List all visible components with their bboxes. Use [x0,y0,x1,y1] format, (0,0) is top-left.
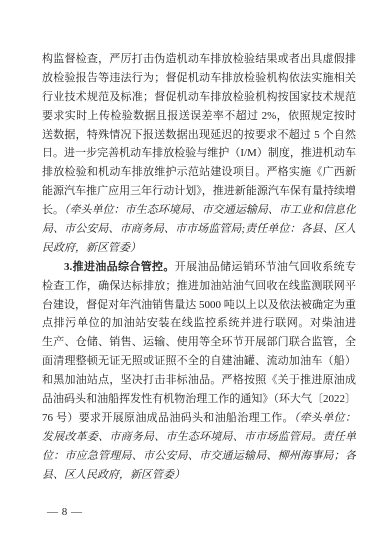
body-text: 点排污单位的加油站安装在线监控系统并进行联网。对柴油进口、 [42,317,356,333]
text-line: 和黑加油站点，坚决打击非标油品。严格按照《关于推进原油成 [42,371,356,390]
kai-annotation-text: 县、区人民政府，新区管委） [42,469,185,481]
body-text: 日。进一步完善机动车排放检验与维护（I/M）制度，推进机动车 [42,147,356,159]
bold-heading-text: 3.推进油品综合管控。 [64,261,175,273]
text-line: 能源汽车推广应用三年行动计划》，推进新能源汽车保有量持续增 [42,182,356,201]
kai-annotation-text: （牵头单位：市生态环境局、市交通运输局、市工业和信息化 [64,204,356,216]
text-line: 送数据，特殊情况下报送数据出现延迟的按要求不超过 5 个自然 [42,126,356,145]
text-line: 行业技术规范及标准；督促机动车排放检验机构按国家技术规范 [42,88,356,107]
body-text: 面清理整顿无证无照或证照不全的自建油罐、流动加油车（船） [42,355,356,367]
text-line: 要求实时上传检验数据且报送误差率不超过 2%，依照规定按时报 [42,107,356,126]
text-line: 县、区人民政府，新区管委） [42,466,356,485]
text-line: 构监督检查，严厉打击伪造机动车排放检验结果或者出具虚假排 [42,50,356,69]
text-line: 76 号）要求开展原油成品油码头和油船治理工作。（牵头单位：市 [42,409,356,428]
body-text: 构监督检查，严厉打击伪造机动车排放检验结果或者出具虚假排 [42,53,356,65]
body-text: 台建设，督促对年汽油销售量达 5000 吨以上以及依法被确定为重 [42,299,356,311]
kai-annotation-text: 民政府，新区管委） [42,242,141,254]
body-text: 长。 [42,204,64,216]
body-text: 检查工作，确保达标排放；推进加油站油气回收在线监测联网平 [42,280,356,292]
kai-annotation-text: 位：市应急管理局、市公安局、市交通运输局、柳州海事局；各 [42,450,356,462]
text-line: 面清理整顿无证无照或证照不全的自建油罐、流动加油车（船） [42,352,356,371]
document-page: 构监督检查，严厉打击伪造机动车排放检验结果或者出具虚假排放检验报告等违法行为；督… [0,0,390,551]
text-line: 排放检验和机动车排放维护示范站建设项目。严格实施《广西新 [42,163,356,182]
text-line: 局、市公安局、市商务局、市市场监管局;责任单位：各县、区人 [42,220,356,239]
text-line: 民政府，新区管委） [42,239,356,258]
body-text: 能源汽车推广应用三年行动计划》，推进新能源汽车保有量持续增 [42,185,356,197]
body-text: 品油码头和油船挥发性有机物治理工作的通知》（环大气〔2022〕 [42,393,356,405]
body-text: 要求实时上传检验数据且报送误差率不超过 2%，依照规定按时报 [42,110,356,126]
text-line: 生产、仓储、销售、运输、使用等全环节开展部门联合监管，全 [42,333,356,352]
text-line: 日。进一步完善机动车排放检验与维护（I/M）制度，推进机动车 [42,144,356,163]
body-text: 排放检验和机动车排放维护示范站建设项目。严格实施《广西新 [42,166,356,178]
page-number: — 8 — [47,506,83,518]
body-text: 和黑加油站点，坚决打击非标油品。严格按照《关于推进原油成 [42,374,356,386]
body-text: 送数据，特殊情况下报送数据出现延迟的按要求不超过 5 个自然 [42,129,356,141]
text-line: 长。（牵头单位：市生态环境局、市交通运输局、市工业和信息化 [42,201,356,220]
text-line: 品油码头和油船挥发性有机物治理工作的通知》（环大气〔2022〕 [42,390,356,409]
body-text: 生产、仓储、销售、运输、使用等全环节开展部门联合监管，全 [42,336,356,348]
body-text: 76 号）要求开展原油成品油码头和油船治理工作。 [42,412,294,424]
body-text: 行业技术规范及标准；督促机动车排放检验机构按国家技术规范 [42,91,356,103]
text-line: 放检验报告等违法行为；督促机动车排放检验机构依法实施相关 [42,69,356,88]
text-line: 3.推进油品综合管控。开展油品储运销环节油气回收系统专项 [42,258,356,277]
kai-annotation-text: 发展改革委、市商务局、市生态环境局、市市场监管局。责任单 [42,431,356,443]
document-body: 构监督检查，严厉打击伪造机动车排放检验结果或者出具虚假排放检验报告等违法行为；督… [42,50,356,484]
kai-annotation-text: 局、市公安局、市商务局、市市场监管局;责任单位：各县、区人 [42,223,356,235]
text-line: 检查工作，确保达标排放；推进加油站油气回收在线监测联网平 [42,277,356,296]
text-line: 台建设，督促对年汽油销售量达 5000 吨以上以及依法被确定为重 [42,296,356,315]
text-line: 点排污单位的加油站安装在线监控系统并进行联网。对柴油进口、 [42,314,356,333]
text-line: 位：市应急管理局、市公安局、市交通运输局、柳州海事局；各 [42,447,356,466]
text-line: 发展改革委、市商务局、市生态环境局、市市场监管局。责任单 [42,428,356,447]
body-text: 放检验报告等违法行为；督促机动车排放检验机构依法实施相关 [42,72,356,84]
